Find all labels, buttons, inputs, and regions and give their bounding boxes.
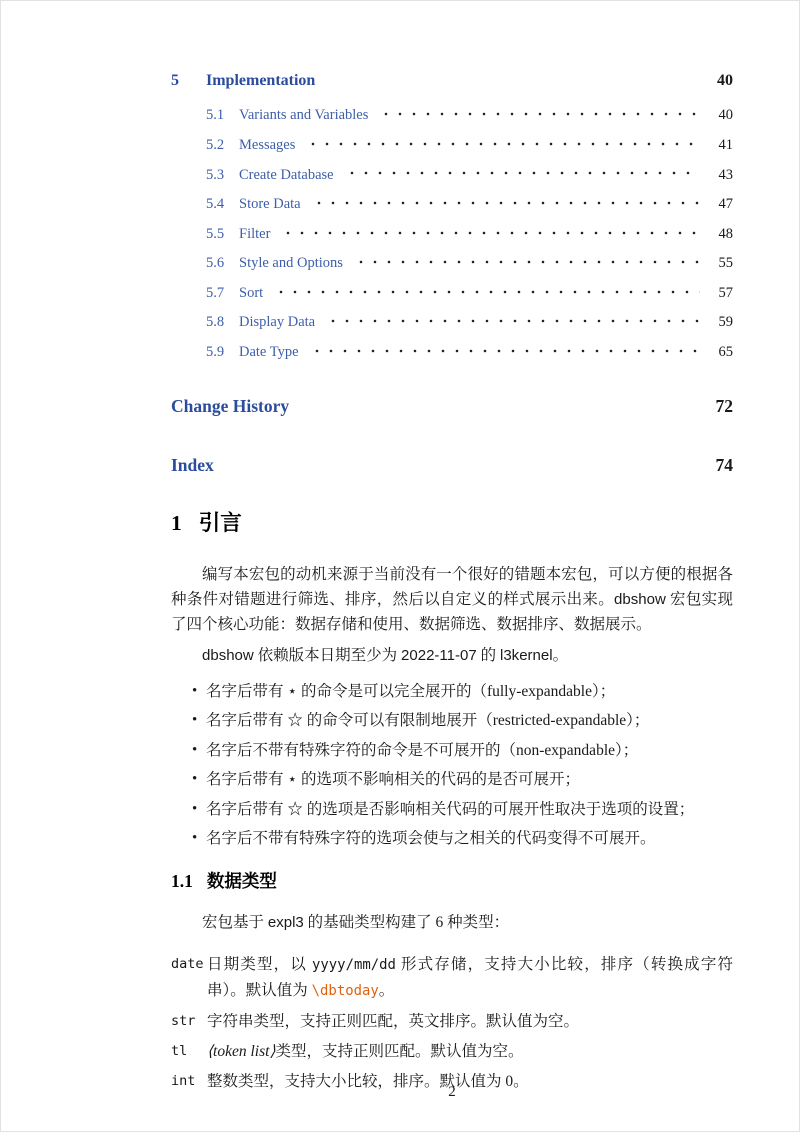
bullet-item: 名字后带有 ⋆ 的选项不影响相关的代码的是否可展开； (192, 771, 733, 788)
datatypes-intro-paragraph: 宏包基于 expl3 的基础类型构建了 6 种类型： (171, 910, 733, 935)
intro-paragraph-1: 编写本宏包的动机来源于当前没有一个很好的错题本宏包，可以方便的根据各种条件对错题… (171, 562, 733, 637)
section-title: 引言 (199, 511, 242, 535)
toc-dot-leader (272, 284, 700, 297)
version-date: 2022-11-07 (401, 647, 477, 664)
section-1-heading: 1引言 (171, 506, 733, 537)
datatype-label: tl (171, 1039, 207, 1064)
toc-entry-title: Change History (171, 396, 289, 416)
toc-entry-number: 5.5 (206, 226, 239, 242)
toc-entry-title: Index (171, 455, 214, 475)
toc-dot-leader (304, 136, 700, 149)
toc-entry-implementation[interactable]: 5 Implementation 40 (171, 71, 733, 90)
toc-entry-number: 5.9 (206, 344, 239, 360)
package-name: dbshow (614, 591, 666, 608)
toc-entry-page: 40 (707, 107, 733, 123)
toc-entry-page: 59 (707, 314, 733, 330)
table-of-contents: 5 Implementation 40 5.1 Variants and Var… (171, 71, 733, 475)
document-page: 5 Implementation 40 5.1 Variants and Var… (0, 0, 800, 1132)
toc-entry-title: Messages (239, 137, 295, 153)
toc-entry-title: Sort (239, 285, 263, 301)
toc-dot-leader (310, 195, 700, 208)
toc-entry-create-database[interactable]: 5.3 Create Database 43 (206, 165, 733, 182)
toc-entry-number: 5.3 (206, 167, 239, 183)
toc-entry-filter[interactable]: 5.5 Filter 48 (206, 225, 733, 242)
datatype-description: 字符串类型，支持正则匹配，英文排序。默认值为空。 (207, 1009, 733, 1034)
datatype-row-date: date 日期类型，以 yyyy/mm/dd 形式存储，支持大小比较，排序（转换… (171, 952, 733, 1004)
toc-dot-leader (308, 343, 700, 356)
toc-entry-page: 55 (707, 255, 733, 271)
toc-entry-change-history[interactable]: Change History 72 (171, 396, 733, 416)
datatype-description: 日期类型，以 yyyy/mm/dd 形式存储，支持大小比较，排序（转换成字符串）… (207, 952, 733, 1004)
kernel-name: l3kernel (500, 647, 553, 664)
toc-entry-number: 5.8 (206, 314, 239, 330)
toc-entry-title: Store Data (239, 196, 301, 212)
subsection-title: 数据类型 (207, 871, 277, 891)
toc-entry-number: 5.6 (206, 255, 239, 271)
toc-entry-page: 41 (707, 137, 733, 153)
datatype-row-str: str 字符串类型，支持正则匹配，英文排序。默认值为空。 (171, 1009, 733, 1034)
datatype-description: ⟨token list⟩类型，支持正则匹配。默认值为空。 (207, 1039, 733, 1064)
date-format-code: yyyy/mm/dd (312, 957, 396, 973)
toc-entry-style-and-options[interactable]: 5.6 Style and Options 55 (206, 254, 733, 271)
package-name: dbshow (202, 647, 254, 664)
datatype-definition-list: date 日期类型，以 yyyy/mm/dd 形式存储，支持大小比较，排序（转换… (171, 952, 733, 1094)
toc-entry-page: 57 (707, 285, 733, 301)
expl3-name: expl3 (268, 914, 304, 931)
toc-entry-title: Date Type (239, 344, 299, 360)
toc-entry-messages[interactable]: 5.2 Messages 41 (206, 136, 733, 153)
toc-entry-variants-and-variables[interactable]: 5.1 Variants and Variables 40 (206, 106, 733, 123)
toc-leader (223, 455, 700, 471)
toc-entry-title: Create Database (239, 167, 334, 183)
toc-dot-leader (279, 225, 700, 238)
toc-entry-page: 74 (707, 455, 733, 475)
toc-entry-index[interactable]: Index 74 (171, 455, 733, 475)
intro-paragraph-2: dbshow 依赖版本日期至少为 2022-11-07 的 l3kernel。 (171, 643, 733, 668)
subsection-1-1-heading: 1.1数据类型 (171, 868, 733, 893)
page-content: 5 Implementation 40 5.1 Variants and Var… (171, 71, 733, 1099)
bullet-item: 名字后带有 ⋆ 的命令是可以完全展开的（fully-expandable）； (192, 683, 733, 700)
toc-entry-title: Filter (239, 226, 270, 242)
toc-entry-page: 65 (707, 344, 733, 360)
toc-dot-leader (377, 106, 700, 119)
token-list-argument: ⟨token list⟩ (207, 1043, 276, 1060)
toc-entry-page: 72 (707, 396, 733, 416)
toc-entry-number: 5.4 (206, 196, 239, 212)
bullet-item: 名字后不带有特殊字符的命令是不可展开的（non-expandable）； (192, 742, 733, 759)
toc-leader (298, 396, 700, 412)
toc-entry-display-data[interactable]: 5.8 Display Data 59 (206, 313, 733, 330)
toc-entry-sort[interactable]: 5.7 Sort 57 (206, 284, 733, 301)
toc-dot-leader (343, 165, 700, 178)
toc-entry-page: 48 (707, 226, 733, 242)
toc-leader (324, 71, 700, 85)
toc-entry-store-data[interactable]: 5.4 Store Data 47 (206, 195, 733, 212)
toc-entry-title: Display Data (239, 314, 315, 330)
bullet-item: 名字后带有 ☆ 的选项是否影响相关代码的可展开性取决于选项的设置； (192, 801, 733, 818)
toc-entry-number: 5 (171, 72, 206, 90)
toc-entry-page: 40 (707, 72, 733, 90)
toc-entry-title: Style and Options (239, 255, 343, 271)
section-number: 1 (171, 511, 182, 535)
datatype-label: date (171, 952, 207, 1004)
toc-entry-page: 43 (707, 167, 733, 183)
toc-entry-title: Variants and Variables (239, 107, 368, 123)
bullet-item: 名字后带有 ☆ 的命令可以有限制地展开（restricted-expandabl… (192, 712, 733, 729)
toc-entry-title: Implementation (206, 72, 315, 90)
toc-dot-leader (324, 313, 700, 326)
datatype-label: str (171, 1009, 207, 1034)
toc-entry-page: 47 (707, 196, 733, 212)
toc-entry-number: 5.7 (206, 285, 239, 301)
page-number: 2 (171, 1084, 733, 1101)
toc-entry-date-type[interactable]: 5.9 Date Type 65 (206, 343, 733, 360)
dbtoday-command: \dbtoday (312, 983, 379, 999)
toc-entry-number: 5.1 (206, 107, 239, 123)
bullet-item: 名字后不带有特殊字符的选项会使与之相关的代码变得不可展开。 (192, 830, 733, 847)
toc-dot-leader (352, 254, 700, 267)
expandability-bullet-list: 名字后带有 ⋆ 的命令是可以完全展开的（fully-expandable）； 名… (171, 683, 733, 848)
datatype-row-tl: tl ⟨token list⟩类型，支持正则匹配。默认值为空。 (171, 1039, 733, 1064)
toc-entry-number: 5.2 (206, 137, 239, 153)
subsection-number: 1.1 (171, 871, 193, 891)
